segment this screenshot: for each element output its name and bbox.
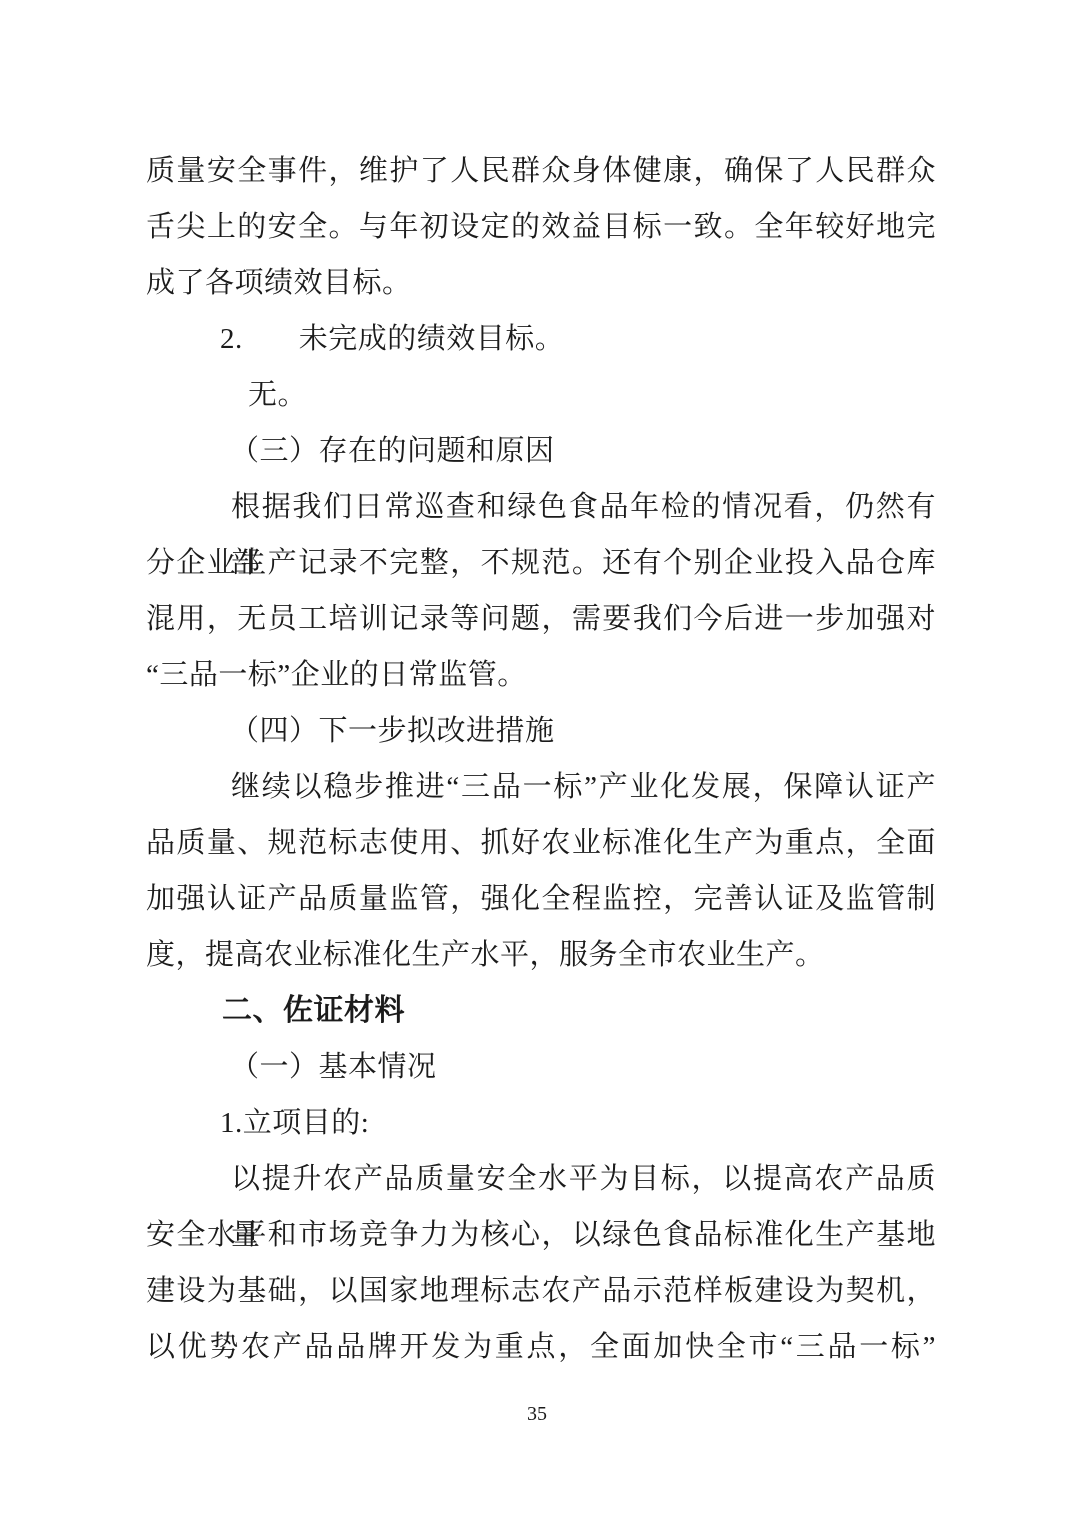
text-line: 以提升农产品质量安全水平为目标，以提高农产品质量 [146, 1151, 936, 1207]
document-page: 质量安全事件，维护了人民群众身体健康，确保了人民群众 舌尖上的安全。与年初设定的… [0, 0, 1074, 1520]
section-heading: （一）基本情况 [146, 1039, 936, 1095]
numbered-item: 2.未完成的绩效目标。 [146, 311, 936, 367]
text-line: 继续以稳步推进“三品一标”产业化发展，保障认证产 [146, 759, 936, 815]
text-line: 以优势农产品品牌开发为重点，全面加快全市“三品一标” [146, 1319, 936, 1375]
page-number: 35 [0, 1402, 1074, 1426]
text-line: 舌尖上的安全。与年初设定的效益目标一致。全年较好地完 [146, 199, 936, 255]
text-line: “三品一标”企业的日常监管。 [146, 647, 936, 703]
text-line: 成了各项绩效目标。 [146, 255, 936, 311]
text-line: 混用，无员工培训记录等问题，需要我们今后进一步加强对 [146, 591, 936, 647]
text-line: 品质量、规范标志使用、抓好农业标准化生产为重点，全面 [146, 815, 936, 871]
section-heading: 二、佐证材料 [146, 983, 936, 1039]
text-line: 质量安全事件，维护了人民群众身体健康，确保了人民群众 [146, 143, 936, 199]
text-line: 安全水平和市场竞争力为核心，以绿色食品标准化生产基地 [146, 1207, 936, 1263]
text-line: 分企业生产记录不完整，不规范。还有个别企业投入品仓库 [146, 535, 936, 591]
section-heading: （四）下一步拟改进措施 [146, 703, 936, 759]
document-body: 质量安全事件，维护了人民群众身体健康，确保了人民群众 舌尖上的安全。与年初设定的… [146, 143, 936, 1375]
numbered-item: 1.立项目的: [146, 1095, 936, 1151]
item-text: 未完成的绩效目标。 [299, 323, 565, 355]
section-heading: （三）存在的问题和原因 [146, 423, 936, 479]
text-line: 无。 [146, 367, 936, 423]
text-line: 度，提高农业标准化生产水平，服务全市农业生产。 [146, 927, 936, 983]
text-line: 根据我们日常巡查和绿色食品年检的情况看，仍然有部 [146, 479, 936, 535]
item-number: 2. [220, 323, 243, 355]
text-line: 加强认证产品质量监管，强化全程监控，完善认证及监管制 [146, 871, 936, 927]
text-line: 建设为基础，以国家地理标志农产品示范样板建设为契机， [146, 1263, 936, 1319]
